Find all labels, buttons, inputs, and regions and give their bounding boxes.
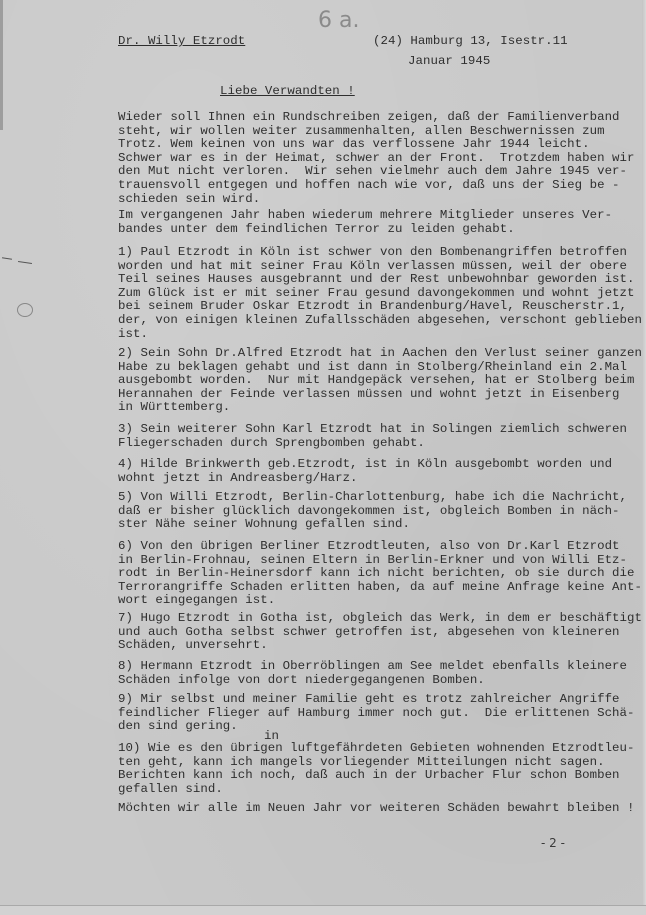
intro-line: steht, wir wollen weiter zusammenhalten,… [118, 125, 605, 138]
list-item-line: Teil seines Hauses ausgebrannt und der R… [118, 273, 635, 286]
list-item-line: wohnt jetzt in Andreasberg/Harz. [118, 472, 358, 485]
list-item-line: 5) Von Willi Etzrodt, Berlin-Charlottenb… [118, 491, 627, 504]
list-item-line: gefallen sind. [118, 783, 223, 796]
list-item-line: der, von einigen kleinen Zufallsschäden … [118, 314, 642, 327]
list-item-line: ster Nähe seiner Wohnung gefallen sind. [118, 518, 410, 531]
list-item-line: und auch Gotha selbst schwer getroffen i… [118, 626, 620, 639]
list-item-line: ausgebombt worden. Nur mit Handgepäck ve… [118, 374, 635, 387]
salutation: Liebe Verwandten ! [220, 85, 355, 98]
intro-line: trauensvoll entgegen und hoffen nach wie… [118, 179, 620, 192]
sender-address: (24) Hamburg 13, Isestr.11 [373, 35, 568, 48]
page-edge-shadow [642, 0, 646, 905]
list-item-line: feindlicher Flieger auf Hamburg immer no… [118, 707, 635, 720]
list-item-line: 7) Hugo Etzrodt in Gotha ist, obgleich d… [118, 612, 642, 625]
list-item-line: ten geht, kann ich mangels vorliegender … [118, 756, 605, 769]
letter-date: Januar 1945 [408, 55, 490, 68]
intro-line: Trotz. Wem keinen von uns war das verflo… [118, 138, 590, 151]
list-item-line: Fliegerschaden durch Sprengbomben gehabt… [118, 437, 425, 450]
intro-line: Schwer war es in der Heimat, schwer an d… [118, 152, 635, 165]
list-item-line: 9) Mir selbst und meiner Familie geht es… [118, 693, 620, 706]
document-page: Dr. Willy Etzrodt 6 a. (24) Hamburg 13, … [0, 0, 646, 905]
closing-line: Möchten wir alle im Neuen Jahr vor weite… [118, 802, 635, 815]
page-edge-shadow [0, 0, 3, 130]
intro-line: schieden sein wird. [118, 193, 260, 206]
list-item-line: in Württemberg. [118, 401, 230, 414]
paragraph-line: Im vergangenen Jahr haben wiederum mehre… [118, 209, 612, 222]
list-item-line: Herannahen der Feinde verlassen müssen u… [118, 388, 620, 401]
list-item-line: Schäden infolge von dort niedergegangene… [118, 674, 485, 687]
list-item-line: Zum Glück ist er mit seiner Frau gesund … [118, 287, 635, 300]
list-item-line: rodt in Berlin-Heinersdorf kann ich nich… [118, 567, 635, 580]
handwritten-mark: 6 a. [318, 8, 359, 33]
margin-mark [18, 261, 32, 264]
scan-border [0, 905, 646, 915]
list-item-line: wort eingegangen ist. [118, 594, 275, 607]
list-item-line: bei seinem Bruder Oskar Etzrodt in Brand… [118, 300, 627, 313]
list-item-line: Terrorangriffe Schaden erlitten haben, d… [118, 581, 642, 594]
list-item-line: ist. [118, 328, 148, 341]
list-item-line: 1) Paul Etzrodt in Köln ist schwer von d… [118, 246, 627, 259]
list-item-line: den sind gering. [118, 720, 238, 733]
sender-name: Dr. Willy Etzrodt [118, 35, 245, 48]
list-item-line: 8) Hermann Etzrodt in Oberröblingen am S… [118, 660, 627, 673]
list-item-line: Habe zu beklagen gehabt und ist dann in … [118, 361, 627, 374]
intro-line: Wieder soll Ihnen ein Rundschreiben zeig… [118, 111, 620, 124]
list-item-line: 10) Wie es den übrigen luftgefährdeten G… [118, 742, 635, 755]
handtyped-insertion: in [264, 730, 279, 743]
margin-mark [2, 257, 12, 259]
list-item-line: 4) Hilde Brinkwerth geb.Etzrodt, ist in … [118, 458, 612, 471]
page-number: - 2 - [541, 836, 565, 850]
intro-line: den Mut nicht verloren. Wir sehen vielme… [118, 165, 627, 178]
list-item-line: in Berlin-Frohnau, seinen Eltern in Berl… [118, 554, 627, 567]
list-item-line: Berichten kann ich noch, daß auch in der… [118, 769, 620, 782]
list-item-line: Schäden, unversehrt. [118, 639, 268, 652]
list-item-line: 2) Sein Sohn Dr.Alfred Etzrodt hat in Aa… [118, 347, 642, 360]
list-item-line: 6) Von den übrigen Berliner Etzrodtleute… [118, 540, 620, 553]
list-item-line: worden und hat mit seiner Frau Köln verl… [118, 260, 627, 273]
list-item-line: daß er bisher glücklich davongekommen is… [118, 505, 620, 518]
list-item-line: 3) Sein weiterer Sohn Karl Etzrodt hat i… [118, 423, 627, 436]
punch-hole-mark [17, 303, 33, 317]
paragraph-line: bandes unter dem feindlichen Terror zu l… [118, 223, 515, 236]
